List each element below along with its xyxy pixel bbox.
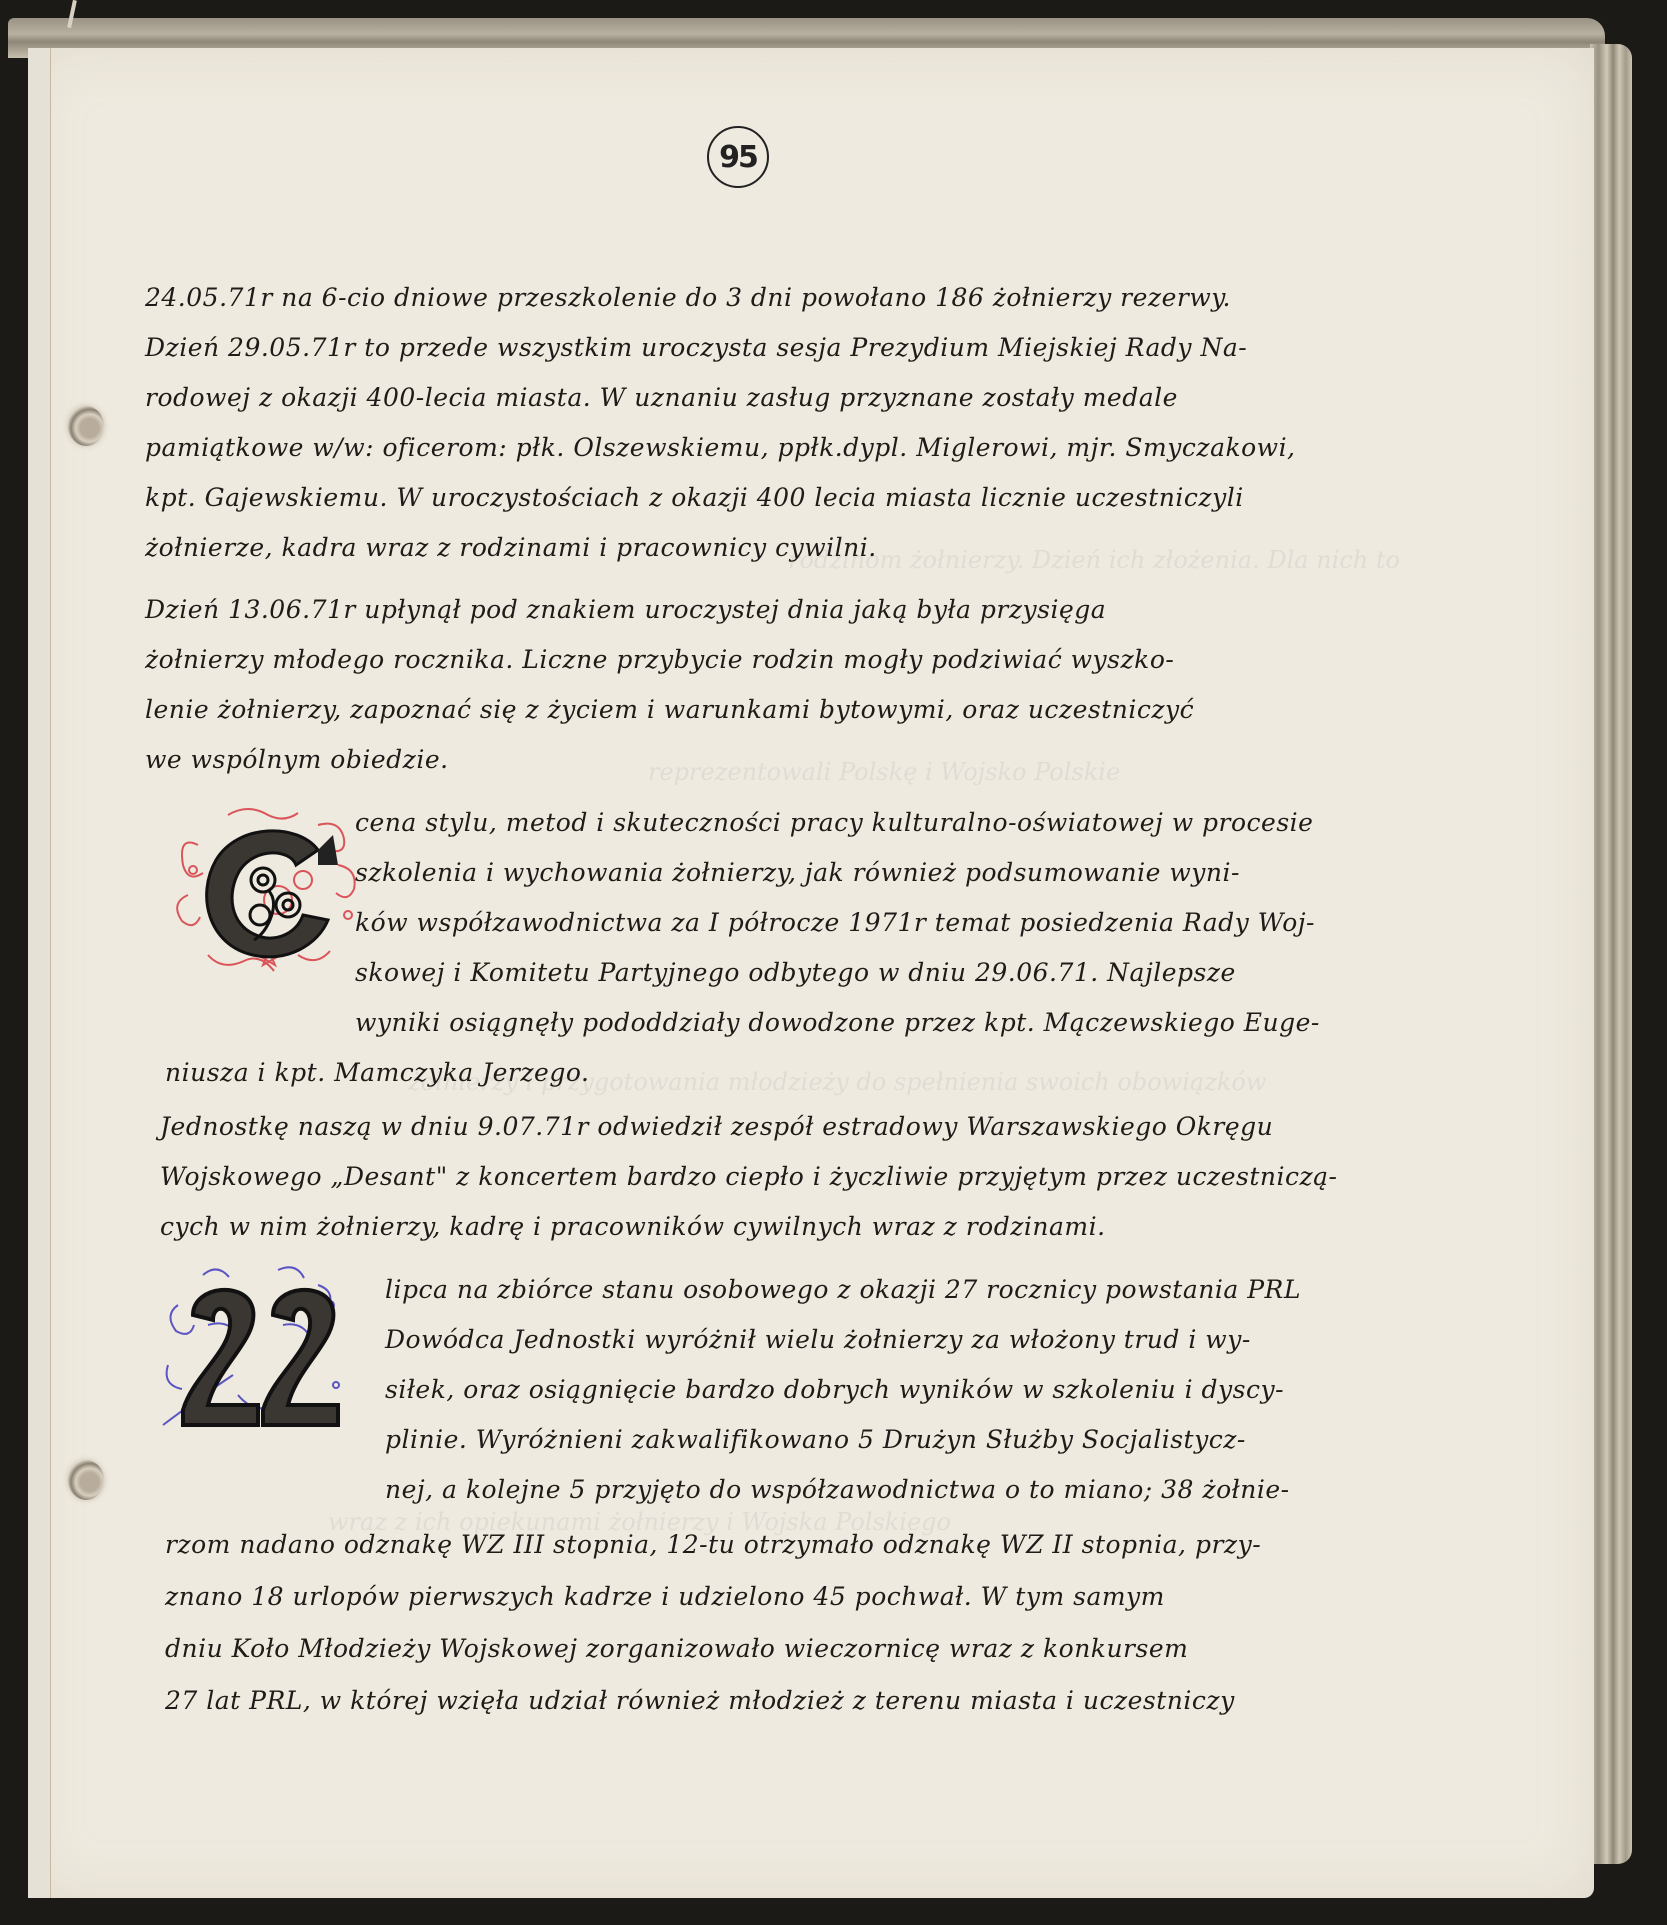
text-line: znano 18 urlopów pierwszych kadrze i udz… [165, 1582, 1165, 1611]
text-line: 24.05.71r na 6-cio dniowe przeszkolenie … [145, 283, 1231, 312]
book-page-stack-edge [1590, 44, 1632, 1864]
binding-hole-bottom [68, 1460, 104, 1500]
text-line: nej, a kolejne 5 przyjęto do współzawodn… [385, 1475, 1290, 1504]
text-line: niusza i kpt. Mamczyka Jerzego. [165, 1058, 589, 1087]
text-line: ków współzawodnictwa za I półrocze 1971r… [355, 908, 1315, 937]
text-line: lipca na zbiórce stanu osobowego z okazj… [385, 1275, 1301, 1304]
text-line: cych w nim żołnierzy, kadrę i pracownikó… [160, 1212, 1106, 1241]
page-number: 95 [707, 126, 769, 188]
text-line: rzom nadano odznakę WZ III stopnia, 12-t… [165, 1530, 1261, 1559]
text-line: siłek, oraz osiągnięcie bardzo dobrych w… [385, 1375, 1284, 1404]
text-line: Jednostkę naszą w dniu 9.07.71r odwiedzi… [160, 1112, 1273, 1141]
text-line: Dzień 29.05.71r to przede wszystkim uroc… [145, 333, 1247, 362]
text-line: kpt. Gajewskiemu. W uroczystościach z ok… [145, 483, 1244, 512]
text-line: skowej i Komitetu Partyjnego odbytego w … [355, 958, 1236, 987]
text-line: plinie. Wyróżnieni zakwalifikowano 5 Dru… [385, 1425, 1246, 1454]
text-line: dniu Koło Młodzieży Wojskowej zorganizow… [165, 1634, 1188, 1663]
text-line: Dowódca Jednostki wyróżnił wielu żołnier… [385, 1325, 1251, 1354]
bleed-through-text: reprezentowali Polskę i Wojsko Polskie [648, 758, 1120, 786]
page-binding-strip [28, 48, 51, 1898]
text-line: we wspólnym obiedzie. [145, 745, 449, 774]
text-line: Wojskowego „Desant" z koncertem bardzo c… [160, 1162, 1338, 1191]
text-line: cena stylu, metod i skuteczności pracy k… [355, 808, 1313, 837]
text-line: wyniki osiągnęły pododdziały dowodzone p… [355, 1008, 1320, 1037]
text-line: żołnierze, kadra wraz z rodzinami i prac… [145, 533, 877, 562]
text-line: Dzień 13.06.71r upłynął pod znakiem uroc… [145, 595, 1106, 624]
binding-hole-top [68, 406, 104, 446]
text-line: pamiątkowe w/w: oficerom: płk. Olszewski… [145, 433, 1296, 462]
text-line: rodowej z okazji 400-lecia miasta. W uzn… [145, 383, 1178, 412]
decorative-initial-o-icon [168, 805, 383, 980]
decorative-initial-22-icon [158, 1265, 373, 1440]
text-line: żołnierzy młodego rocznika. Liczne przyb… [145, 645, 1174, 674]
text-line: lenie żołnierzy, zapoznać się z życiem i… [145, 695, 1194, 724]
text-line: 27 lat PRL, w której wzięła udział równi… [165, 1686, 1235, 1715]
bleed-through-text: rodzinom żołnierzy. Dzień ich złożenia. … [788, 546, 1400, 574]
text-line: szkolenia i wychowania żołnierzy, jak ró… [355, 858, 1240, 887]
